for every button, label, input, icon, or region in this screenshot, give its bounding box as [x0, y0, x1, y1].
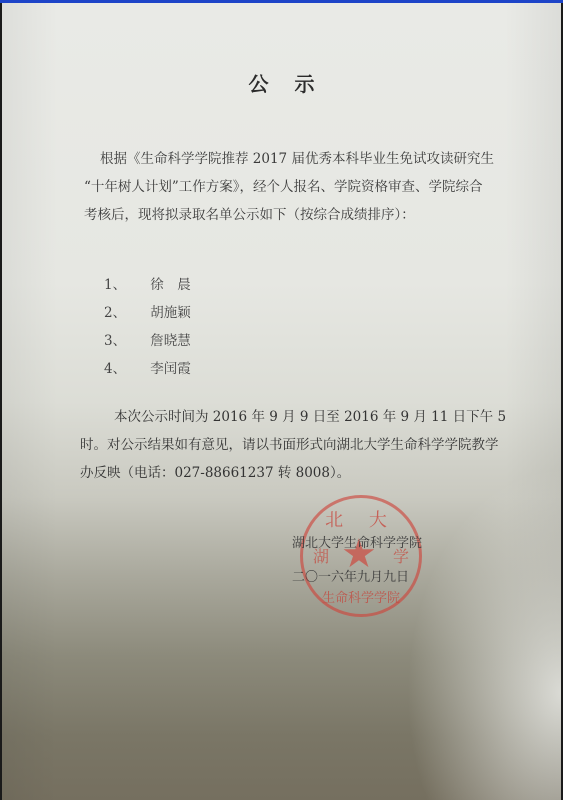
signature-block: 湖北大学生命科学学院 二〇一六年九月九日 [292, 527, 422, 595]
intro-paragraph: 根据《生命科学学院推荐 2017 届优秀本科毕业生免试攻读研究生 “十年树人计划… [92, 145, 492, 229]
signature-date: 二〇一六年九月九日 [292, 561, 422, 595]
intro-line-1: 根据《生命科学学院推荐 2017 届优秀本科毕业生免试攻读研究生 [92, 145, 492, 173]
page-title: 公示 [2, 68, 561, 97]
candidate-name: 胡施颖 [150, 305, 191, 321]
intro-line-2: “十年树人计划”工作方案》，经个人报名、学院资格审查、学院综合 [84, 173, 492, 201]
list-item: 3、 詹晓慧 [104, 327, 191, 355]
candidate-list: 1、 徐 晨 2、 胡施颖 3、 詹晓慧 4、 李闰霞 [104, 271, 191, 383]
list-number: 2、 [104, 299, 146, 327]
notice-line-2: 时。对公示结果如有意见，请以书面形式向湖北大学生命科学学院教学 [80, 431, 492, 459]
list-number: 4、 [104, 355, 146, 383]
list-number: 3、 [104, 327, 146, 355]
list-item: 4、 李闰霞 [104, 355, 191, 383]
document-page: 公示 根据《生命科学学院推荐 2017 届优秀本科毕业生免试攻读研究生 “十年树… [2, 3, 561, 800]
notice-line-1: 本次公示时间为 2016 年 9 月 9 日至 2016 年 9 月 11 日下… [92, 403, 492, 431]
signature-org: 湖北大学生命科学学院 [292, 527, 422, 561]
list-item: 1、 徐 晨 [104, 271, 191, 299]
intro-line-3: 考核后，现将拟录取名单公示如下（按综合成绩排序）： [84, 201, 492, 229]
notice-line-3: 办反映（电话：027-88661237 转 8008）。 [80, 459, 492, 487]
list-item: 2、 胡施颖 [104, 299, 191, 327]
notice-paragraph: 本次公示时间为 2016 年 9 月 9 日至 2016 年 9 月 11 日下… [92, 403, 492, 487]
candidate-name: 詹晓慧 [150, 333, 191, 349]
candidate-name: 徐 晨 [150, 277, 191, 293]
list-number: 1、 [104, 271, 146, 299]
candidate-name: 李闰霞 [150, 361, 191, 377]
